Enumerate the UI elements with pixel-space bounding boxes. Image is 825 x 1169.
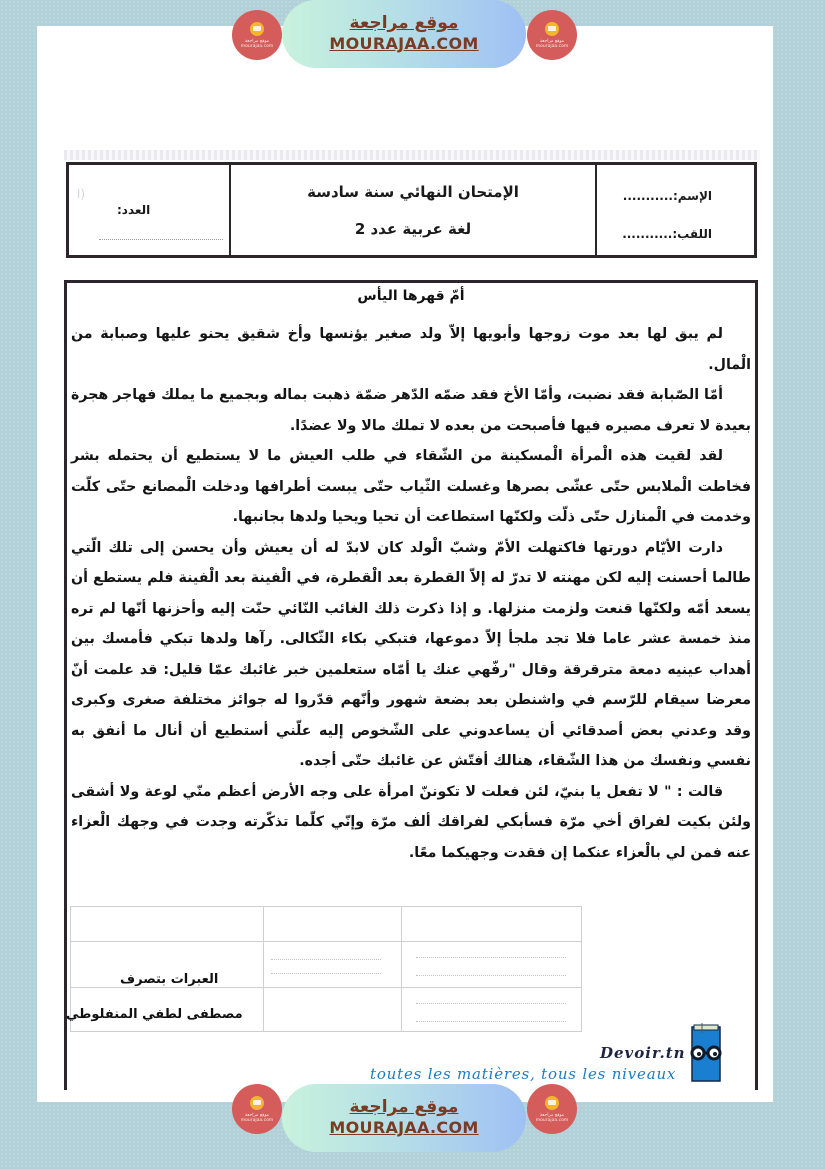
table-divider <box>71 941 581 942</box>
site-banner-bottom[interactable]: موقع مراجعة MOURAJAA.COM <box>282 1084 526 1152</box>
exam-title-cell: الإمتحان النهائي سنة سادسة لغة عربية عدد… <box>231 165 597 255</box>
source-note: العبرات بتصرف <box>120 972 218 987</box>
book-logo-icon <box>250 22 264 36</box>
site-domain-link[interactable]: MOURAJAA.COM <box>329 33 478 55</box>
mourajaa-badge-bottom-right[interactable]: موقع مراجعة mourajaa.com <box>527 1084 577 1134</box>
site-arabic-title: موقع مراجعة <box>350 1097 459 1117</box>
book-logo-icon <box>250 1096 264 1110</box>
book-logo-icon <box>545 1096 559 1110</box>
badge-caption: موقع مراجعة mourajaa.com <box>527 39 577 49</box>
scan-bleed-strip <box>64 150 760 160</box>
paragraph: دارت الأيّام دورتها فاكتهلت الأمّ وشبّ ا… <box>71 533 751 777</box>
number-dotted-line <box>99 239 223 240</box>
author-name: مصطفى لطفي المنفلوطي <box>66 1007 243 1022</box>
dotted-line <box>416 975 566 976</box>
site-domain-link[interactable]: MOURAJAA.COM <box>329 1117 478 1139</box>
exam-title: الإمتحان النهائي سنة سادسة <box>307 183 519 201</box>
dotted-line <box>416 957 566 958</box>
site-arabic-title: موقع مراجعة <box>350 13 459 33</box>
bleed-through-text: (ا <box>77 187 85 201</box>
exam-number-label: العدد: <box>117 203 150 217</box>
student-info-cell: الإسم:........... اللقب:........... <box>597 165 754 255</box>
table-divider <box>263 907 264 1031</box>
exam-subtitle: لغة عربية عدد 2 <box>355 220 471 238</box>
paragraph: أمّا الصّبابة فقد نضبت، وأمّا الأخ فقد ض… <box>71 380 751 441</box>
badge-caption: موقع مراجعة mourajaa.com <box>527 1113 577 1123</box>
paragraph: لم يبق لها بعد موت زوجها وأبويها إلاّ ول… <box>71 319 751 380</box>
table-divider <box>71 987 581 988</box>
mourajaa-badge-bottom-left[interactable]: موقع مراجعة mourajaa.com <box>232 1084 282 1134</box>
student-name-field[interactable]: الإسم:........... <box>623 189 712 203</box>
dotted-line <box>271 959 381 960</box>
paragraph: قالت : " لا تفعل يا بنيّ، لئن فعلت لا تك… <box>71 777 751 869</box>
dotted-line <box>416 1003 566 1004</box>
badge-caption: موقع مراجعة mourajaa.com <box>232 39 282 49</box>
text-body: لم يبق لها بعد موت زوجها وأبويها إلاّ ول… <box>71 319 751 868</box>
devoir-tagline: toutes les matières, tous les niveaux <box>370 1065 676 1083</box>
table-divider <box>401 907 402 1031</box>
site-banner-top[interactable]: موقع مراجعة MOURAJAA.COM <box>282 0 526 68</box>
dotted-line <box>416 1021 566 1022</box>
student-surname-field[interactable]: اللقب:........... <box>622 227 712 241</box>
mourajaa-badge-top-left[interactable]: موقع مراجعة mourajaa.com <box>232 10 282 60</box>
book-logo-icon <box>545 22 559 36</box>
exam-header-table: (ا العدد: الإمتحان النهائي سنة سادسة لغة… <box>66 162 757 258</box>
paragraph: لقد لقيت هذه الْمرأة الْمسكينة من الشّقا… <box>71 441 751 533</box>
devoir-brand[interactable]: Devoir.tn <box>600 1044 686 1062</box>
mourajaa-badge-top-right[interactable]: موقع مراجعة mourajaa.com <box>527 10 577 60</box>
exam-number-cell: (ا العدد: <box>69 165 231 255</box>
text-heading: أمّ قهرها اليأس <box>67 288 755 304</box>
badge-caption: موقع مراجعة mourajaa.com <box>232 1113 282 1123</box>
dotted-line <box>271 973 381 974</box>
book-with-glasses-icon <box>688 1023 724 1083</box>
